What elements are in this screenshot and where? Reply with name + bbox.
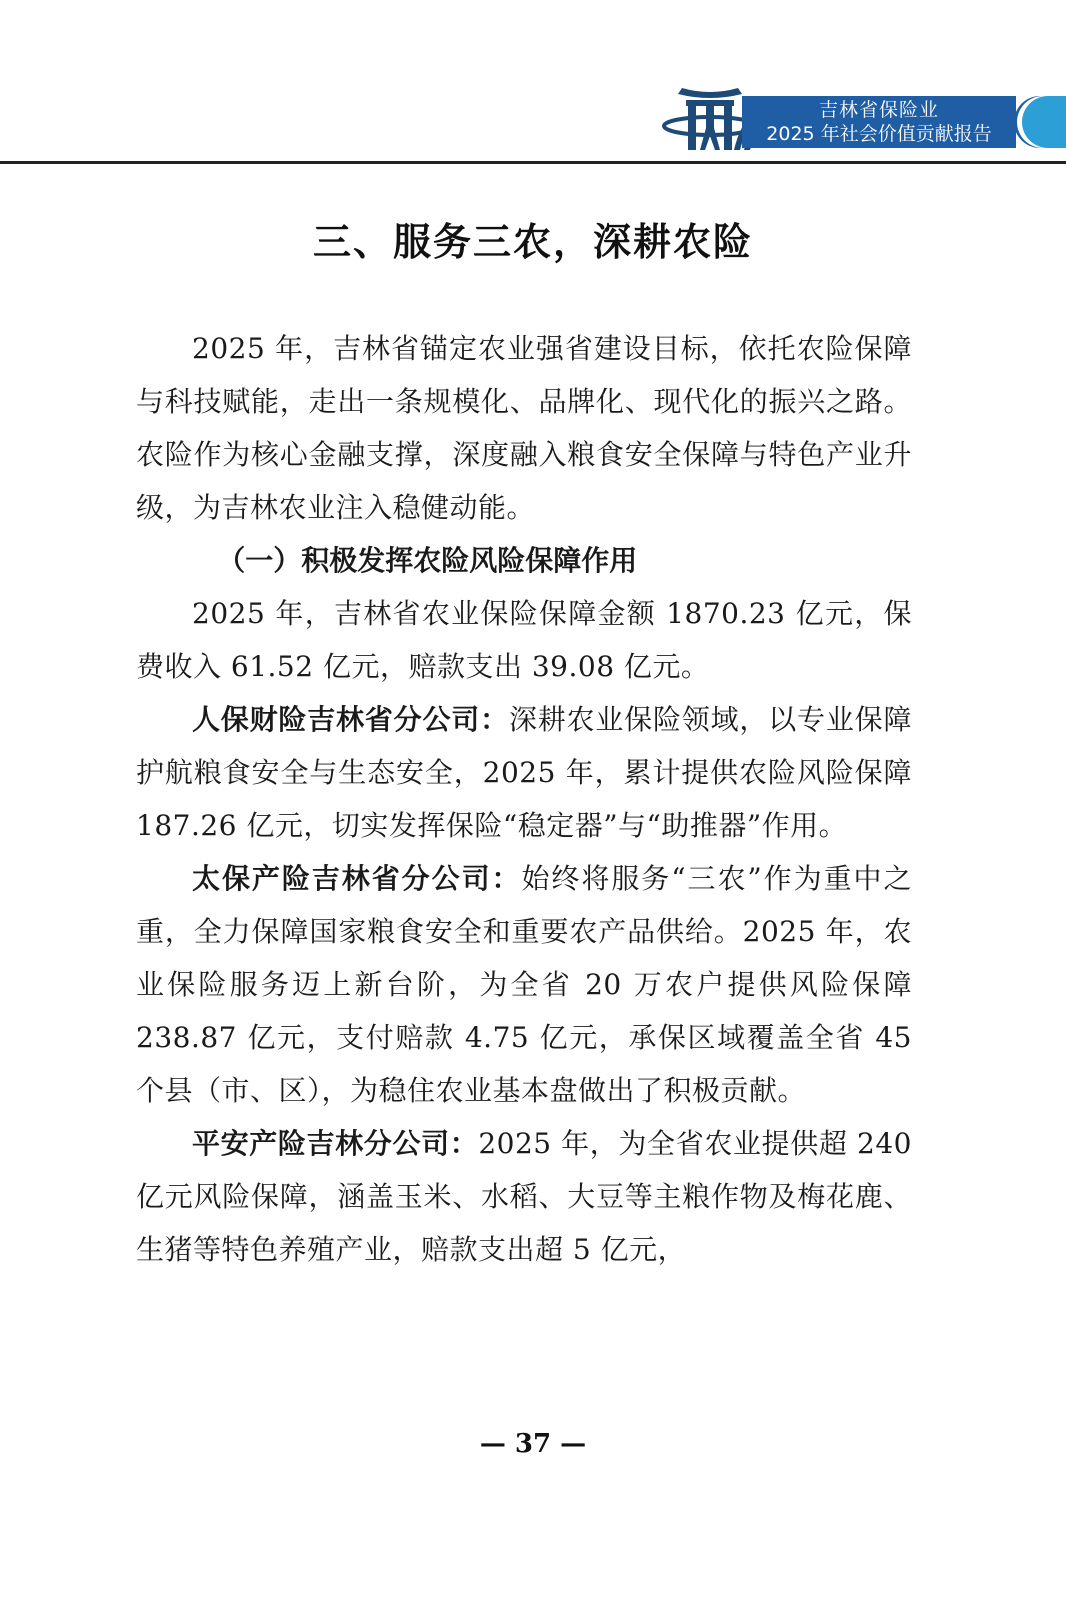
report-banner: 吉林省保险业 2025 年社会价值贡献报告 <box>742 96 1016 148</box>
company-paragraph-pingan: 平安产险吉林分公司：2025 年，为全省农业提供超 240 亿元风险保障，涵盖玉… <box>136 1117 912 1276</box>
company-name: 人保财险吉林省分公司： <box>192 703 509 736</box>
report-header: 吉林省保险业 2025 年社会价值贡献报告 <box>0 0 1066 170</box>
banner-report-name: 2025 年社会价值贡献报告 <box>742 122 1016 146</box>
page-content: 2025 年，吉林省锚定农业强省建设目标，依托农险保障与科技赋能，走出一条规模化… <box>136 322 912 1276</box>
section-heading: （一）积极发挥农险风险保障作用 <box>136 534 912 587</box>
company-name: 平安产险吉林分公司： <box>192 1127 478 1160</box>
banner-org-name: 吉林省保险业 <box>742 98 1016 122</box>
company-paragraph-cpic: 太保产险吉林省分公司：始终将服务“三农”作为重中之重，全力保障国家粮食安全和重要… <box>136 852 912 1117</box>
intro-paragraph: 2025 年，吉林省锚定农业强省建设目标，依托农险保障与科技赋能，走出一条规模化… <box>136 322 912 534</box>
page-number: — 37 — <box>0 1424 1066 1464</box>
company-name: 太保产险吉林省分公司： <box>192 862 521 895</box>
company-text: 始终将服务“三农”作为重中之重，全力保障国家粮食安全和重要农产品供给。2025 … <box>136 862 912 1107</box>
chapter-title: 三、服务三农，深耕农险 <box>0 217 1066 267</box>
banner-tab-decoration <box>1022 96 1066 148</box>
header-divider <box>0 161 1066 164</box>
summary-paragraph: 2025 年，吉林省农业保险保障金额 1870.23 亿元，保费收入 61.52… <box>136 587 912 693</box>
company-paragraph-picc: 人保财险吉林省分公司：深耕农业保险领域，以专业保障护航粮食安全与生态安全，202… <box>136 693 912 852</box>
